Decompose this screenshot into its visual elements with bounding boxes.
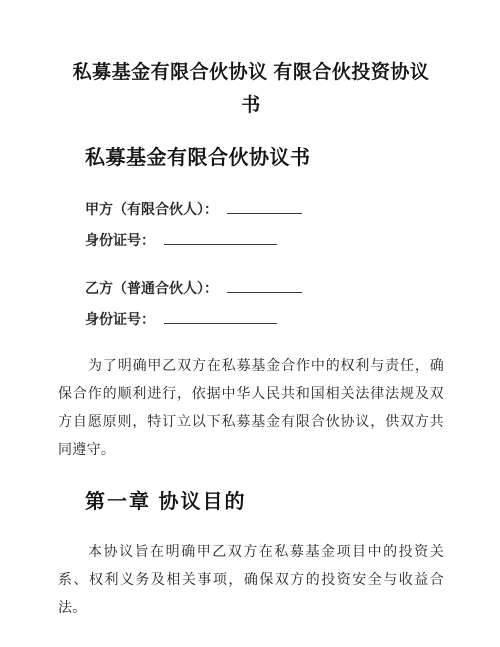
party-b-role-label: 乙方（普通合伙人）： xyxy=(85,282,218,297)
preamble-paragraph: 为了明确甲乙双方在私募基金合作中的权利与责任，确保合作的顺利进行，依据中华人民共… xyxy=(58,353,444,465)
agreement-subtitle: 私募基金有限合伙协议书 xyxy=(58,145,444,171)
party-a-name-line: 甲方（有限合伙人）： xyxy=(58,199,444,222)
party-b-id-label: 身份证号： xyxy=(85,313,155,328)
document-page: 私募基金有限合伙协议 有限合伙投资协议书 私募基金有限合伙协议书 甲方（有限合伙… xyxy=(0,0,500,647)
party-a-id-line: 身份证号： xyxy=(58,230,444,253)
chapter-1-body-paragraph: 本协议旨在明确甲乙双方在私募基金项目中的投资关系、权利义务及相关事项，确保双方的… xyxy=(58,539,444,623)
party-a-name-blank xyxy=(227,199,302,214)
document-content: 私募基金有限合伙协议 有限合伙投资协议书 私募基金有限合伙协议书 甲方（有限合伙… xyxy=(0,0,500,623)
party-a-id-label: 身份证号： xyxy=(85,234,155,249)
party-b-id-line: 身份证号： xyxy=(58,309,444,332)
document-title: 私募基金有限合伙协议 有限合伙投资协议书 xyxy=(69,0,434,122)
party-a-block: 甲方（有限合伙人）： 身份证号： 乙方（普通合伙人）： 身份证号： xyxy=(58,199,444,332)
party-b-id-blank xyxy=(164,309,277,324)
party-b-name-blank xyxy=(227,278,302,293)
chapter-1-heading: 第一章 协议目的 xyxy=(58,489,444,515)
party-a-role-label: 甲方（有限合伙人）： xyxy=(85,203,218,218)
party-b-name-line: 乙方（普通合伙人）： xyxy=(58,278,444,301)
party-a-id-blank xyxy=(164,230,277,245)
